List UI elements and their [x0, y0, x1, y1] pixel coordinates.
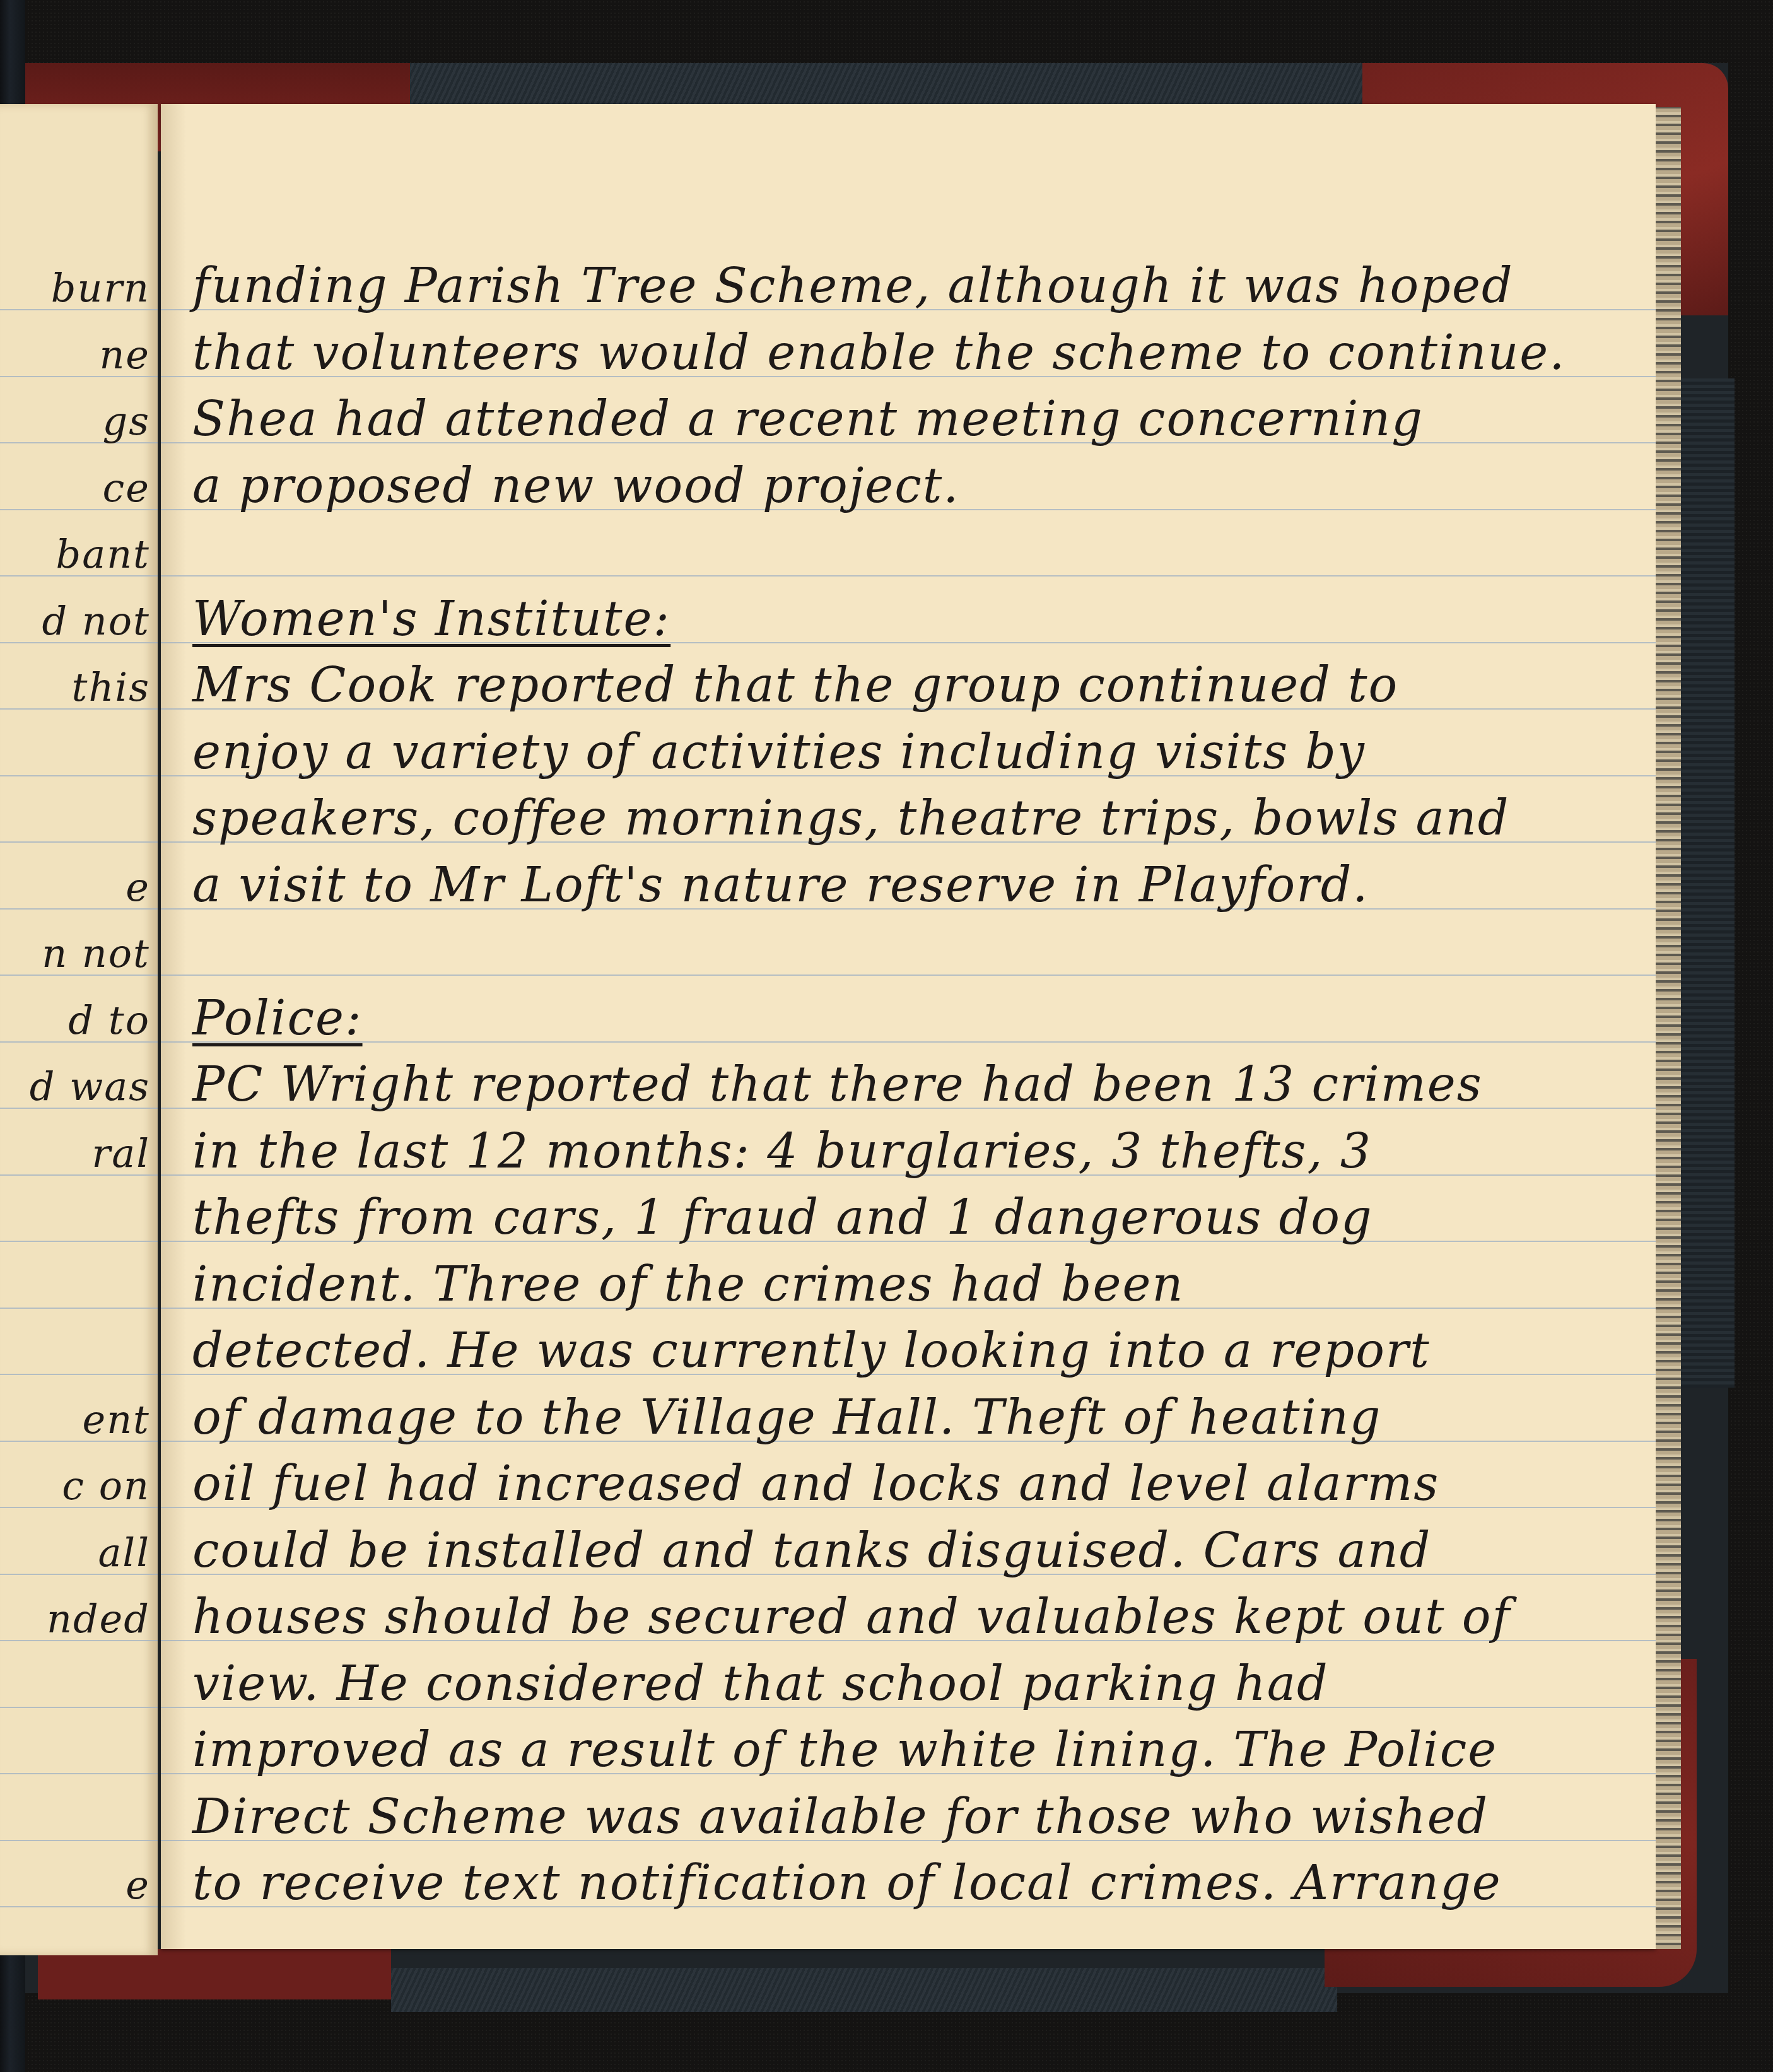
ruled-line: [0, 775, 158, 776]
handwritten-line: a proposed new wood project.: [192, 457, 959, 513]
left-page-fragment: d to: [68, 997, 150, 1043]
handwritten-line: could be installed and tanks disguised. …: [192, 1522, 1431, 1578]
ruled-line: [0, 1241, 158, 1242]
left-page-fragment: e: [126, 1862, 150, 1908]
handwritten-line: enjoy a variety of activities including …: [192, 723, 1366, 780]
left-page-fragment: ent: [82, 1396, 150, 1443]
ruled-line: [0, 841, 158, 843]
handwritten-line: view. He considered that school parking …: [192, 1655, 1329, 1711]
left-page: burnnegscebantd notthisen notd tod wasra…: [0, 104, 158, 1955]
cover-cloth-bottom: [391, 1968, 1337, 2012]
left-page-fragment: c on: [62, 1463, 150, 1509]
left-page-fragment: d was: [30, 1063, 150, 1109]
left-page-fragment: this: [72, 664, 151, 710]
left-page-fragment: ne: [99, 332, 150, 378]
left-page-fragment: bant: [56, 531, 151, 577]
ruled-line: [161, 1041, 1656, 1043]
left-page-fragment: burn: [51, 265, 150, 311]
ruled-line: [0, 1374, 158, 1375]
section-heading: Police:: [192, 990, 363, 1046]
handwritten-line: detected. He was currently looking into …: [192, 1322, 1431, 1378]
right-page: funding Parish Tree Scheme, although it …: [161, 104, 1656, 1949]
handwritten-line: houses should be secured and valuables k…: [192, 1588, 1511, 1644]
section-heading: Women's Institute:: [192, 590, 670, 647]
left-page-fragment: gs: [102, 398, 150, 444]
ruled-line: [161, 975, 1656, 976]
ruled-line: [161, 575, 1656, 577]
left-page-fragment: n not: [42, 930, 150, 976]
handwritten-line: a visit to Mr Loft's nature reserve in P…: [192, 857, 1369, 913]
handwritten-line: Direct Scheme was available for those wh…: [192, 1788, 1489, 1844]
page-block-edge: [1656, 107, 1681, 1949]
handwritten-line: Mrs Cook reported that the group continu…: [192, 657, 1398, 713]
ruled-line: [0, 1773, 158, 1774]
handwritten-line: to receive text notification of local cr…: [192, 1854, 1502, 1911]
left-page-fragment: nded: [47, 1596, 150, 1642]
handwritten-line: oil fuel had increased and locks and lev…: [192, 1455, 1439, 1511]
handwritten-line: Shea had attended a recent meeting conce…: [192, 390, 1424, 447]
handwritten-line: incident. Three of the crimes had been: [192, 1256, 1184, 1312]
handwritten-line: thefts from cars, 1 fraud and 1 dangerou…: [192, 1189, 1373, 1245]
ruled-line: [0, 1308, 158, 1309]
left-page-fragment: ce: [103, 465, 150, 511]
left-page-fragment: e: [126, 864, 150, 910]
handwritten-line: improved as a result of the white lining…: [192, 1721, 1497, 1777]
handwritten-line: in the last 12 months: 4 burglaries, 3 t…: [192, 1123, 1372, 1179]
left-page-fragment: ral: [92, 1130, 150, 1176]
handwritten-line: of damage to the Village Hall. Theft of …: [192, 1389, 1382, 1445]
ruled-line: [0, 1840, 158, 1841]
handwritten-line: speakers, coffee mornings, theatre trips…: [192, 790, 1509, 846]
handwritten-line: funding Parish Tree Scheme, although it …: [192, 257, 1514, 313]
cover-corner-bottom-left: [38, 1949, 391, 1999]
left-page-fragment: all: [98, 1530, 150, 1576]
handwritten-line: PC Wright reported that there had been 1…: [192, 1056, 1483, 1112]
ruled-line: [0, 1707, 158, 1708]
handwritten-line: that volunteers would enable the scheme …: [192, 324, 1566, 380]
left-page-fragment: d not: [42, 598, 150, 644]
